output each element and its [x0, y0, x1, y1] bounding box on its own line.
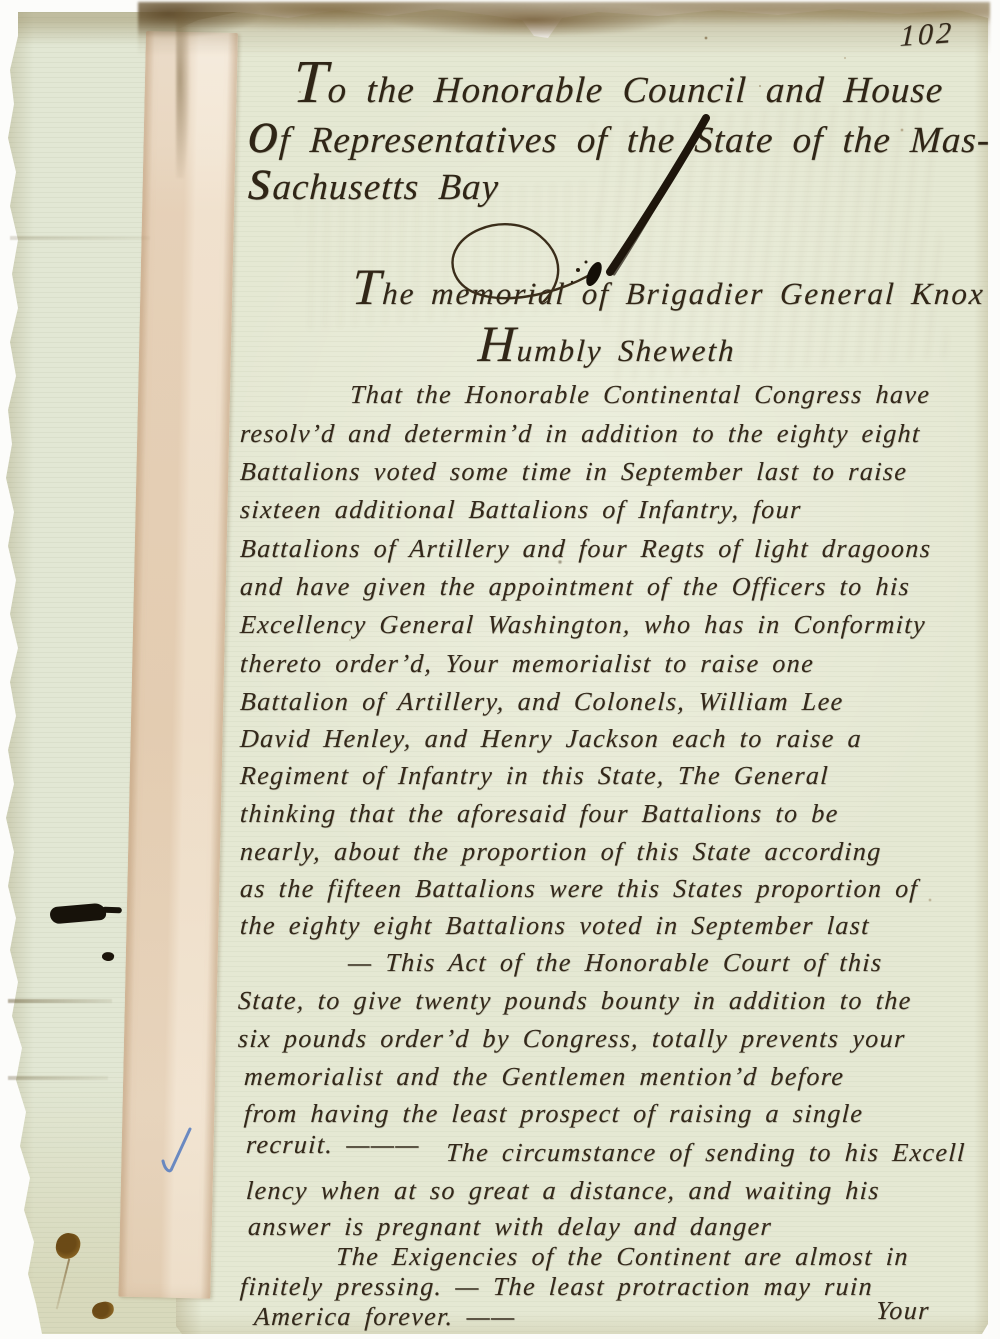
manuscript-line-25: memorialist and the Gentlemen mention’d …: [243, 1062, 845, 1092]
manuscript-line-31: The Exigencies of the Continent are almo…: [335, 1242, 909, 1272]
manuscript-line-19: nearly, about the proportion of this Sta…: [239, 837, 882, 867]
manuscript-line-16: David Henley, and Henry Jackson each to …: [239, 724, 863, 754]
manuscript-line-20: as the fifteen Battalions were this Stat…: [239, 874, 919, 904]
manuscript-line-14: thereto order’d, Your memorialist to rai…: [239, 649, 815, 679]
manuscript-line-23: State, to give twenty pounds bounty in a…: [237, 986, 912, 1016]
manuscript-line-24: six pounds order’d by Congress, totally …: [237, 1024, 906, 1054]
manuscript-line-26: from having the least prospect of raisin…: [243, 1099, 864, 1129]
manuscript-line-7: That the Honorable Continental Congress …: [349, 380, 931, 410]
manuscript-line-13: Excellency General Washington, who has i…: [239, 610, 927, 640]
manuscript-line-33: America forever. ——: [253, 1302, 516, 1332]
manuscript-line-9: Battalions voted some time in September …: [239, 457, 908, 487]
manuscript-line-6: Humbly Sheweth: [477, 327, 737, 369]
manuscript-line-30: answer is pregnant with delay and danger: [247, 1212, 773, 1242]
manuscript-line-27: recruit. ———: [245, 1130, 421, 1160]
manuscript-line-17: Regiment of Infantry in this State, The …: [239, 761, 830, 791]
manuscript-line-22: — This Act of the Honorable Court of thi…: [347, 948, 883, 978]
manuscript-line-8: resolv’d and determin’d in addition to t…: [239, 419, 921, 449]
manuscript-line-11: Battalions of Artillery and four Regts o…: [239, 534, 932, 564]
handwriting-layer: 102To the Honorable Council and Houseof …: [0, 0, 1000, 1339]
manuscript-line-28: The circumstance of sending to his Excel…: [445, 1138, 966, 1168]
manuscript-line-12: and have given the appointment of the Of…: [239, 572, 911, 602]
manuscript-scan: 102To the Honorable Council and Houseof …: [0, 0, 1000, 1339]
manuscript-line-2: To the Honorable Council and House: [292, 62, 945, 112]
manuscript-line-29: lency when at so great a distance, and w…: [245, 1176, 881, 1206]
manuscript-line-15: Battalion of Artillery, and Colonels, Wi…: [239, 687, 844, 717]
manuscript-line-21: the eighty eight Battalions voted in Sep…: [239, 911, 870, 941]
manuscript-line-10: sixteen additional Battalions of Infantr…: [239, 495, 802, 525]
manuscript-line-32: finitely pressing. — The least protracti…: [239, 1272, 874, 1302]
pen-flourish: [428, 112, 728, 302]
manuscript-line-1: 102: [899, 16, 954, 54]
manuscript-line-34: Your: [875, 1296, 930, 1326]
manuscript-line-18: thinking that the aforesaid four Battali…: [239, 799, 839, 829]
